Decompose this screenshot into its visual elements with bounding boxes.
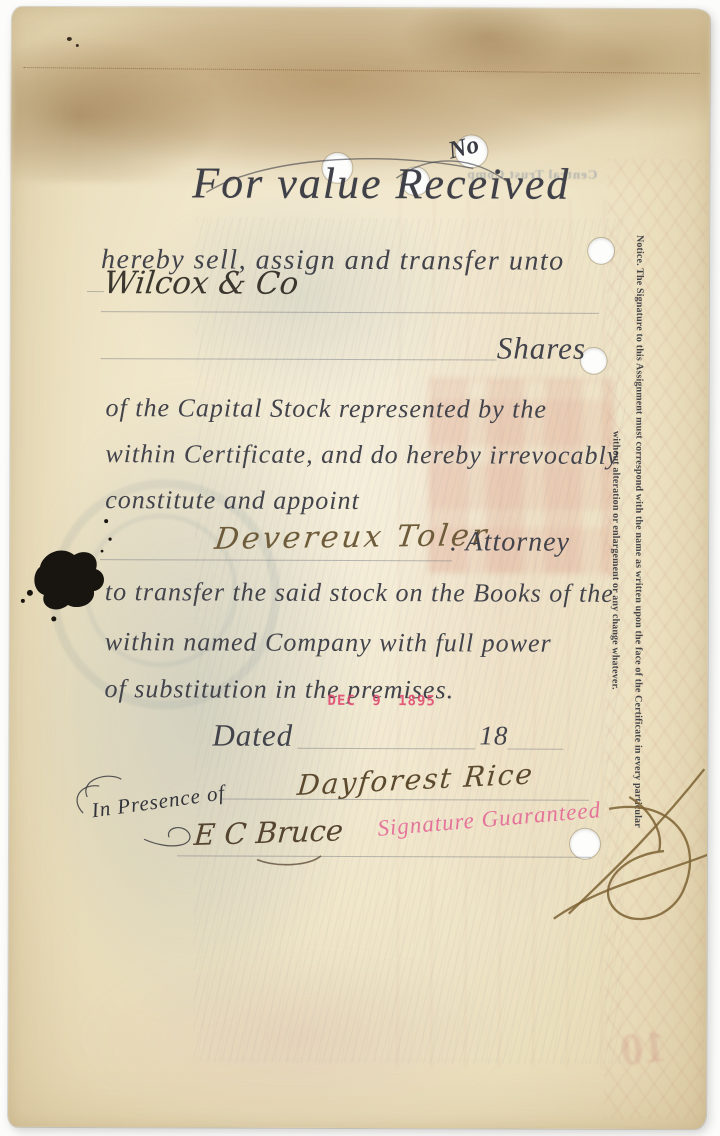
clause-within-certificate: within Certificate, and do hereby irrevo… xyxy=(105,439,619,471)
ink-speck xyxy=(76,44,79,47)
write-line xyxy=(100,559,452,561)
clause-constitute-appoint: constitute and appoint xyxy=(105,485,360,516)
for-value-received-heading: For value Received xyxy=(181,157,581,209)
notice-text-line2: without alteration or enlargement or any… xyxy=(609,431,621,741)
write-line xyxy=(101,311,599,314)
witness-underline-flourish xyxy=(257,856,321,865)
witness-signature: E C Bruce xyxy=(193,813,344,852)
bleedthrough-wash-bottom xyxy=(78,947,509,1128)
scanned-certificate-image: No Central Trust Comp For value Received… xyxy=(0,0,720,1136)
write-line xyxy=(297,748,475,750)
write-line xyxy=(507,749,563,750)
clause-capital-stock: of the Capital Stock represented by the xyxy=(106,393,548,425)
clause-full-power: within named Company with full power xyxy=(105,627,552,659)
write-line xyxy=(101,358,497,360)
date-received-stamp: DEC 9 1895 xyxy=(328,693,436,709)
notice-text-line1: Notice. The Signature to this Assignment… xyxy=(632,235,645,925)
assignee-name: Wilcox & Co xyxy=(102,265,300,302)
ink-speck xyxy=(67,37,72,41)
ink-blot xyxy=(21,519,112,622)
punch-hole xyxy=(570,829,600,859)
holder-signature: Dayforest Rice xyxy=(296,757,536,802)
write-line xyxy=(221,799,589,801)
write-line xyxy=(87,291,104,292)
shares-label: Shares xyxy=(497,330,586,366)
write-line xyxy=(177,855,591,857)
clause-transfer-books: to transfer the said stock on the Books … xyxy=(105,577,614,609)
certificate-paper: No Central Trust Comp For value Received… xyxy=(8,7,710,1129)
punch-hole xyxy=(588,238,614,264)
fold-crease-line xyxy=(24,67,700,74)
attorney-label: . Attorney xyxy=(450,526,570,558)
year-prefix: 18 xyxy=(479,720,508,751)
ghost-number: 10 xyxy=(617,1018,669,1076)
dated-label: Dated xyxy=(212,717,293,753)
signature-guaranteed-stamp: Signature Guaranteed xyxy=(376,797,602,842)
